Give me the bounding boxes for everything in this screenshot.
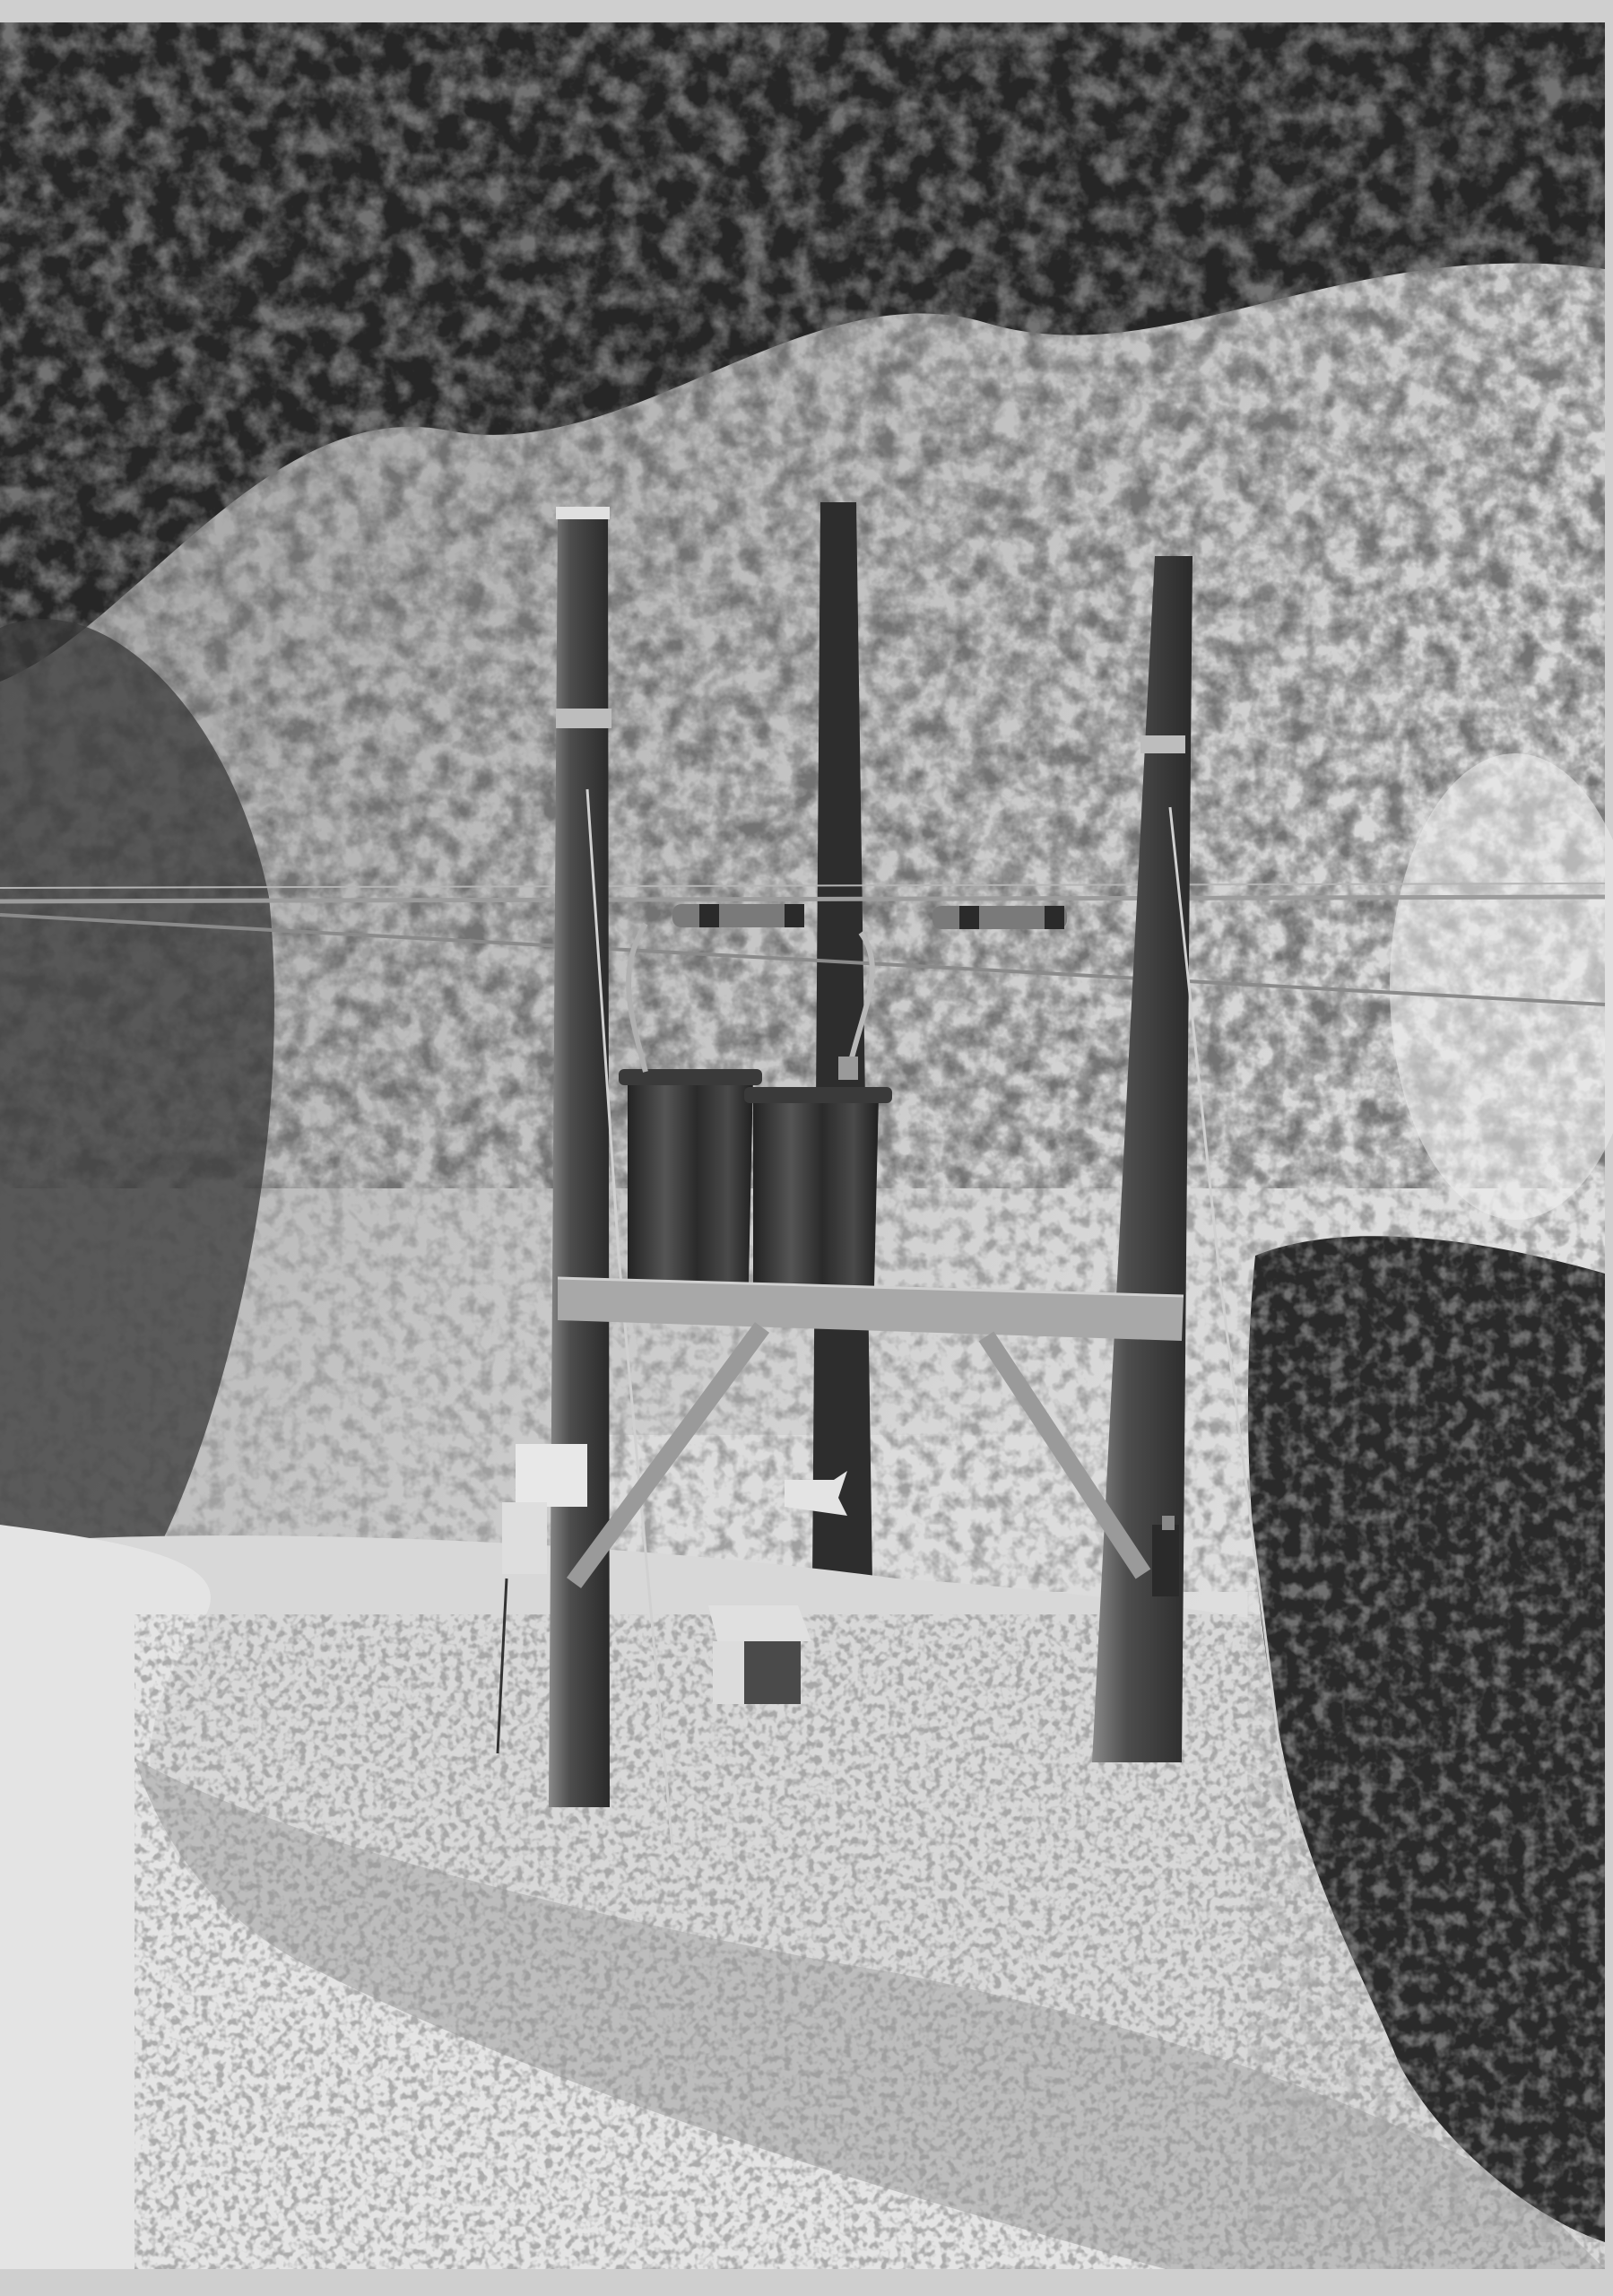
photo-scene	[0, 0, 1613, 2296]
photograph	[0, 0, 1613, 2296]
